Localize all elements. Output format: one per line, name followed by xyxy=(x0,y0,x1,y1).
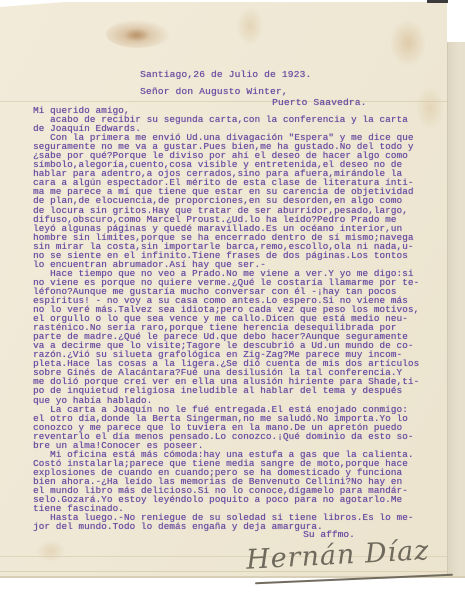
paper-stain xyxy=(36,540,66,562)
letter-body: Mi querido amigo, acabo de recibir su se… xyxy=(33,106,449,531)
paper-stain xyxy=(390,20,426,66)
scanned-letter-page: Santiago,26 de Julio de 1923. Señor don … xyxy=(0,0,465,600)
paper-crease xyxy=(0,101,465,102)
recipient-name: Señor don Augusto Winter, xyxy=(140,86,288,97)
paper-right-edge xyxy=(447,42,465,578)
scan-edge-top-left xyxy=(0,0,90,7)
paper-stain xyxy=(236,6,264,46)
paper-crease xyxy=(0,571,465,572)
date-line: Santiago,26 de Julio de 1923. xyxy=(140,69,311,80)
paper-stain xyxy=(124,28,150,42)
letter-line: jor del mundo.Todo lo demás engaña y dej… xyxy=(33,522,449,531)
scan-background-bottom xyxy=(0,578,465,600)
scan-edge-top-right xyxy=(447,0,465,42)
scan-edge-dark-sliver xyxy=(427,0,448,3)
